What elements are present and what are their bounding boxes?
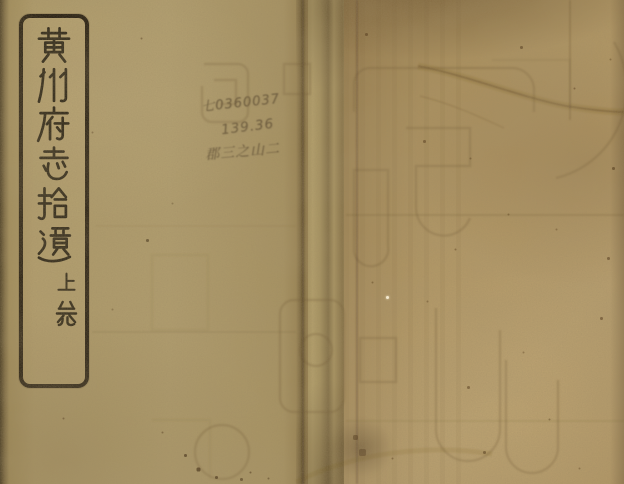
title-char-huang-glyph — [31, 26, 77, 64]
title-char-zhi-glyph — [31, 146, 77, 184]
right-edge-shadow — [610, 0, 624, 484]
book-cover-scan: 黃州府志拾遺 上卷 — [0, 0, 624, 484]
volume-character-column — [55, 272, 78, 327]
title-label-box: 黃州府志拾遺 上卷 — [19, 14, 89, 388]
title-char-shi-glyph — [31, 186, 77, 224]
cover-volume-text: 上卷 — [23, 18, 24, 19]
title-char-fu-glyph — [31, 106, 77, 144]
title-character-column — [23, 26, 85, 264]
foxing-speckles — [0, 0, 1, 1]
white-paper-speck — [386, 296, 389, 299]
title-char-yi-glyph — [31, 226, 77, 264]
title-char-zhou-glyph — [31, 66, 77, 104]
left-edge-shadow — [0, 0, 9, 484]
bottom-spine-stain — [318, 408, 404, 484]
cover-title-text: 黃州府志拾遺 — [23, 18, 24, 19]
volume-char-shang-glyph — [55, 272, 78, 293]
volume-char-juan-glyph — [55, 300, 78, 327]
